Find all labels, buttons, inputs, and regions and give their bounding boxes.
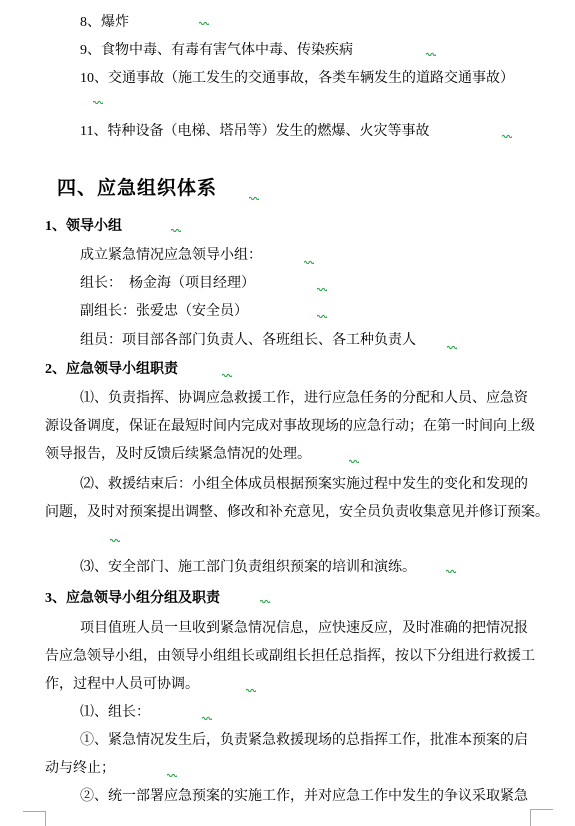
grammar-squiggle-icon xyxy=(171,227,181,232)
grammar-squiggle-icon xyxy=(249,195,259,200)
grammar-squiggle-icon xyxy=(246,687,256,692)
paragraph-line: 项目值班人员一旦收到紧急情况信息，应快速反应，及时准确的把情况报 xyxy=(80,620,528,638)
paragraph-line: 组员：项目部各部门负责人、各班组长、各工种负责人 xyxy=(80,332,416,350)
grammar-squiggle-icon xyxy=(317,286,327,291)
paragraph-line: 作，过程中人员可协调。 xyxy=(45,676,199,694)
paragraph-line: 副组长：张爱忠（安全员） xyxy=(80,303,248,321)
grammar-squiggle-icon xyxy=(199,20,209,25)
section-heading: 四、应急组织体系 xyxy=(57,178,217,200)
paragraph-line: ①、紧急情况发生后，负责紧急救援现场的总指挥工作，批准本预案的启 xyxy=(80,732,528,750)
grammar-squiggle-icon xyxy=(502,133,512,138)
grammar-squiggle-icon xyxy=(110,537,120,542)
paragraph-line: ⑵、救援结束后：小组全体成员根据预案实施过程中发生的变化和发现的 xyxy=(80,476,528,494)
list-item: 8、爆炸 xyxy=(80,14,129,32)
grammar-squiggle-icon xyxy=(446,568,456,573)
list-item: 9、食物中毒、有毒有害气体中毒、传染疾病 xyxy=(80,42,353,60)
paragraph-line: 组长： 杨金海（项目经理） xyxy=(80,275,255,293)
paragraph-line: ②、统一部署应急预案的实施工作，并对应急工作中发生的争议采取紧急 xyxy=(80,788,528,806)
document-page: 8、爆炸 9、食物中毒、有毒有害气体中毒、传染疾病 10、交通事故（施工发生的交… xyxy=(0,0,575,826)
paragraph-line: ⑴、组长： xyxy=(80,704,150,722)
grammar-squiggle-icon xyxy=(93,99,103,104)
subsection-heading: 3、应急领导小组分组及职责 xyxy=(45,590,220,608)
paragraph-line: 源设备调度，保证在最短时间内完成对事故现场的应急行动；在第一时间向上级 xyxy=(45,418,535,436)
paragraph-line: ⑶、安全部门、施工部门负责组织预案的培训和演练。 xyxy=(80,559,416,577)
grammar-squiggle-icon xyxy=(317,313,327,318)
paragraph-line: 成立紧急情况应急领导小组： xyxy=(80,247,262,265)
grammar-squiggle-icon xyxy=(426,51,436,56)
paragraph-line: 动与终止； xyxy=(45,760,115,778)
paragraph-line: ⑴、负责指挥、协调应急救援工作，进行应急任务的分配和人员、应急资 xyxy=(80,390,528,408)
grammar-squiggle-icon xyxy=(167,772,177,777)
grammar-squiggle-icon xyxy=(222,372,232,377)
paragraph-line: 告应急领导小组，由领导小组组长或副组长担任总指挥，按以下分组进行救援工 xyxy=(45,648,535,666)
grammar-squiggle-icon xyxy=(260,598,270,603)
subsection-heading: 1、领导小组 xyxy=(45,218,122,236)
grammar-squiggle-icon xyxy=(349,458,359,463)
list-item: 10、交通事故（施工发生的交通事故，各类车辆发生的道路交通事故） xyxy=(80,70,514,88)
page-margin-mark xyxy=(530,809,553,826)
page-margin-mark xyxy=(23,811,46,826)
subsection-heading: 2、应急领导小组职责 xyxy=(45,361,178,379)
grammar-squiggle-icon xyxy=(304,259,314,264)
paragraph-line: 领导报告，及时反馈后续紧急情况的处理。 xyxy=(45,446,311,464)
paragraph-line: 问题，及时对预案提出调整、修改和补充意见，安全员负责收集意见并修订预案。 xyxy=(45,504,549,522)
grammar-squiggle-icon xyxy=(447,344,457,349)
grammar-squiggle-icon xyxy=(202,715,212,720)
list-item: 11、特种设备（电梯、塔吊等）发生的燃爆、火灾等事故 xyxy=(80,123,429,141)
